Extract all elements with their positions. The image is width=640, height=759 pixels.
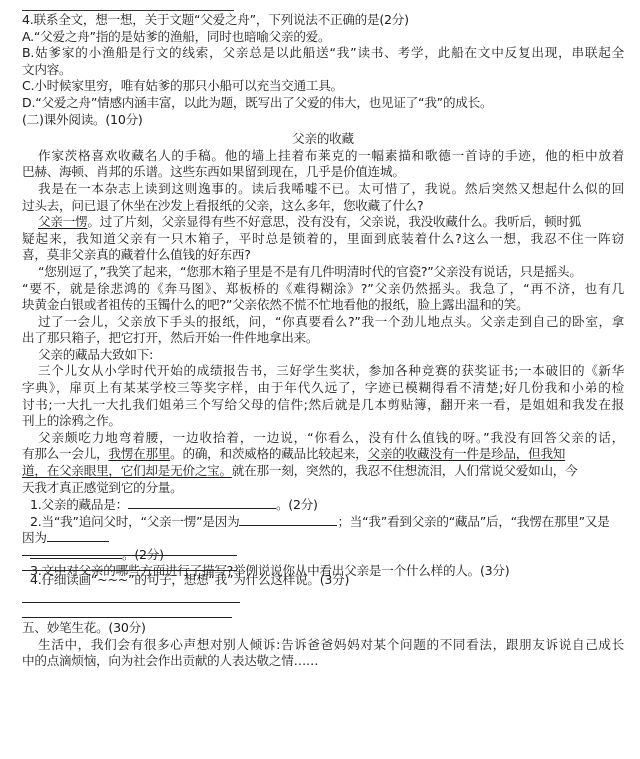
paragraph-8-line-1: 父亲颇吃力地弯着腰，一边收拾着，一边说，“你看么，没有什么值钱的呀。”我没有回答…	[22, 430, 624, 447]
q2-prompt-a: 2.当“我”追问父时，“父亲一愣”是因为	[30, 514, 239, 529]
question-4: 4.联系全文，想一想，关于文题“父爱之舟”，下列说法不正确的是(2分) A.“父…	[22, 12, 624, 579]
option-a: A.“父爱之舟”指的是姑爹的渔船，同时也暗喻父亲的爱。	[22, 29, 624, 46]
paragraph-4-line-1: “您别逗了，”我笑了起来，“您那木箱子里是不是有几件明清时代的官瓷?”父亲没有说…	[22, 264, 624, 281]
q1-points: 。(2分)	[276, 497, 318, 512]
paragraph-5-line-2: 出了那只箱子，把它打开，然后开始一件件地拿出来。	[22, 330, 624, 347]
q2-answer-blank-1[interactable]	[239, 513, 337, 526]
q1-answer-blank[interactable]	[128, 496, 276, 509]
question-4-prompt: 4.联系全文，想一想，关于文题“父爱之舟”，下列说法不正确的是(2分)	[22, 12, 624, 29]
paragraph-4-line-3: 块黄金白银或者祖传的玉镯什么的吧?”父亲依然不慌不忙地看他的报纸，脸上露出温和的…	[22, 297, 624, 314]
option-b-cont: 文内容。	[22, 62, 624, 79]
p8-text-a: 有那么一会儿，	[22, 446, 108, 461]
section-2-heading: (二)课外阅读。(10分)	[22, 112, 624, 129]
option-d: D.“父爱之舟”情感内涵丰富，以此为题，既写出了父爱的伟大，也见证了“我”的成长…	[22, 95, 624, 112]
paragraph-7-line-3: 讨书;一大扎一大扎我们姐弟三个写给父母的信件;然后就是几本剪贴簿，翻开来一看，是…	[22, 397, 624, 414]
paragraph-3-line-3: 喜，莫非父亲真的藏着什么值钱的好东西?	[22, 247, 624, 264]
wavy-underlined-sentence-part-1: 父亲的收藏没有一件是珍品，但我知	[368, 446, 566, 461]
paragraph-7-line-4: 刊上的涂鸦之作。	[22, 413, 624, 430]
paragraph-3-line-2: 疑起来，我知道父亲有一只木箱子，平时总是锁着的，里面到底装着什么?这么一想，我忍…	[22, 231, 624, 248]
paragraph-8-line-2: 有那么一会儿，我愣在那里。的确，和茨威格的藏品比较起来，父亲的收藏没有一件是珍品…	[22, 446, 624, 463]
paragraph-8-line-3: 道，在父亲眼里，它们却是无价之宝。就在那一刻，突然的，我忍不住想流泪，人们常说父…	[22, 463, 624, 480]
section-5-line-1: 生活中，我们会有很多心声想对别人倾诉:告诉爸爸妈妈对某个问题的不同看法，跟朋友诉…	[22, 637, 624, 654]
q4-answer-line-2[interactable]	[22, 617, 232, 618]
q1-prompt: 1.父亲的藏品是：	[30, 497, 128, 512]
reading-question-2: 2.当“我”追问父时，“父亲一愣”是因为；当“我”看到父亲的“藏品”后，“我愣在…	[22, 513, 624, 530]
paragraph-8-line-4: 天我才真正感觉到它的分量。	[22, 480, 624, 497]
q2-prompt-c: 因为	[22, 530, 47, 545]
q4-answer-line-1[interactable]	[22, 602, 240, 603]
paragraph-7-line-1: 三个儿女从小学时代开始的成绩报告书，三好学生奖状，参加各种竞赛的获奖证书;一本破…	[22, 363, 624, 380]
top-divider-line	[22, 10, 234, 11]
paragraph-2-line-1: 我是在一本杂志上读到这则逸事的。读后我唏嘘不已。太可惜了，我说。然后突然又想起什…	[22, 181, 624, 198]
section-5: 五、妙笔生花。(30分) 生活中，我们会有很多心声想对别人倾诉:告诉爸爸妈妈对某…	[22, 620, 624, 670]
p8-text-b: 。的确，和茨威格的藏品比较起来，	[170, 446, 368, 461]
q3-answer-line-1[interactable]	[22, 555, 237, 556]
section-5-line-2: 中的点滴烦恼，向为社会作出贡献的人表达敬之情……	[22, 653, 624, 670]
passage-title: 父亲的收藏	[22, 131, 624, 148]
paragraph-4-line-2: “要不，就是徐悲鸿的《奔马图》、郑板桥的《难得糊涂》?”父亲仍然摇头。我急了，“…	[22, 281, 624, 298]
paragraph-3-text: 。过了片刻，父亲显得有些不好意思，没有没有，父亲说，我没收藏什么。我听后，顿时狐	[87, 214, 581, 229]
paragraph-1-line-1: 作家茨格喜欢收藏名人的手稿。他的墙上挂着布莱克的一幅素描和歌德一首诗的手迹，他的…	[22, 148, 624, 165]
paragraph-5-line-1: 过了一会儿，父亲放下手头的报纸，问，“你真要看么?”我一个劲儿地点头。父亲走到自…	[22, 314, 624, 331]
paragraph-7-line-2: 字典》，扉页上有某某学校三等奖字样，由于年代久远了，字迹已模糊得看不清楚;好几份…	[22, 380, 624, 397]
reading-question-2-cont: 因为	[22, 529, 624, 546]
paragraph-3-line-1: 父亲一愣。过了片刻，父亲显得有些不好意思，没有没有，父亲说，我没收藏什么。我听后…	[22, 214, 624, 231]
option-c: C.小时候家里穷，唯有姑爹的那只小船可以充当交通工具。	[22, 78, 624, 95]
underlined-phrase-father-startled: 父亲一愣	[38, 214, 87, 229]
reading-question-1: 1.父亲的藏品是：。(2分)	[22, 496, 624, 513]
reading-question-4-block: 4.仔细读画“~~~”的句子，想想“我”为什么这样说。(3分)	[22, 572, 624, 589]
paragraph-6-line-1: 父亲的藏品大致如下:	[22, 347, 624, 364]
section-5-heading: 五、妙笔生花。(30分)	[22, 620, 624, 637]
underlined-phrase-i-was-stunned: 我愣在那里	[108, 446, 170, 461]
q3-answer-line-2[interactable]	[22, 570, 237, 571]
p8-text-c: 就在那一刻，突然的，我忍不住想流泪，人们常说父爱如山，今	[232, 463, 578, 478]
option-b: B.姑爹家的小渔船是行文的线索，父亲总是以此船送“我”读书、考学，此船在文中反复…	[22, 45, 624, 62]
wavy-underlined-sentence-part-2: 道，在父亲眼里，它们却是无价之宝。	[22, 463, 232, 478]
paragraph-2-line-2: 过头去，问已退了休坐在沙发上看报纸的父亲，这么多年，您收藏了什么?	[22, 198, 624, 215]
q2-answer-blank-3[interactable]	[30, 546, 122, 559]
paragraph-1-line-2: 巴赫、海顿、肖邦的乐谱。这些东西如果留到现在，几乎是价值连城。	[22, 164, 624, 181]
q2-answer-blank-2[interactable]	[47, 529, 109, 542]
q2-prompt-b: ；当“我”看到父亲的“藏品”后，“我愣在那里”又是	[337, 514, 609, 529]
reading-question-4: 4.仔细读画“~~~”的句子，想想“我”为什么这样说。(3分)	[22, 572, 624, 589]
